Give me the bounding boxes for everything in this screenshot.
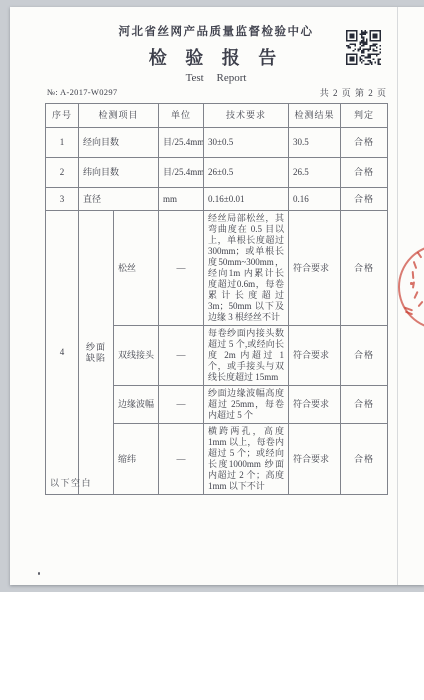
cell-no: 2 bbox=[46, 158, 79, 188]
cell-judgment: 合格 bbox=[341, 386, 388, 424]
cell-unit: — bbox=[159, 424, 204, 495]
scanned-test-report: { "page": { "org_name": "河北省丝网产品质量监督检验中心… bbox=[0, 0, 424, 700]
report-title-en: Test Report bbox=[45, 72, 387, 84]
cell-unit: mm bbox=[159, 188, 204, 211]
cell-result: 0.16 bbox=[289, 188, 341, 211]
header-no: 序号 bbox=[46, 104, 79, 128]
cell-judgment: 合格 bbox=[341, 188, 388, 211]
inspection-table: 序号 检测项目 单位 技术要求 检测结果 判定 1 经向目数 目/25.4mm … bbox=[45, 103, 388, 495]
cell-subitem: 松丝 bbox=[114, 211, 159, 326]
header-result: 检测结果 bbox=[289, 104, 341, 128]
cell-judgment: 合格 bbox=[341, 128, 388, 158]
qr-code-icon bbox=[346, 30, 381, 65]
table-row-group: 4 纱面缺陷 松丝 — 经丝局部松丝，其弯曲度在 0.5 目以上，单根长度超过3… bbox=[46, 211, 388, 326]
table-header-row: 序号 检测项目 单位 技术要求 检测结果 判定 bbox=[46, 104, 388, 128]
cell-requirement: 30±0.5 bbox=[204, 128, 289, 158]
cell-item: 直径 bbox=[79, 188, 159, 211]
cell-unit: 目/25.4mm bbox=[159, 128, 204, 158]
cell-judgment: 合格 bbox=[341, 158, 388, 188]
cell-judgment: 合格 bbox=[341, 424, 388, 495]
cell-result: 符合要求 bbox=[289, 211, 341, 326]
header-judgment: 判定 bbox=[341, 104, 388, 128]
cell-group-item: 纱面缺陷 bbox=[79, 211, 114, 495]
page-edge-line bbox=[397, 7, 398, 585]
cell-unit: — bbox=[159, 386, 204, 424]
table-row: 2 纬向目数 目/25.4mm 26±0.5 26.5 合格 bbox=[46, 158, 388, 188]
cell-no: 3 bbox=[46, 188, 79, 211]
cell-result: 符合要求 bbox=[289, 326, 341, 386]
page-indicator: 共 2 页 第 2 页 bbox=[230, 86, 387, 99]
header-unit: 单位 bbox=[159, 104, 204, 128]
cell-no: 4 bbox=[46, 211, 79, 495]
cell-result: 符合要求 bbox=[289, 424, 341, 495]
cell-result: 符合要求 bbox=[289, 386, 341, 424]
table-row: 1 经向目数 目/25.4mm 30±0.5 30.5 合格 bbox=[46, 128, 388, 158]
cell-item: 经向目数 bbox=[79, 128, 159, 158]
cell-requirement: 经丝局部松丝，其弯曲度在 0.5 目以上，单根长度超过300mm；或单根长度50… bbox=[204, 211, 289, 326]
cell-judgment: 合格 bbox=[341, 326, 388, 386]
cell-result: 26.5 bbox=[289, 158, 341, 188]
cell-subitem: 双线接头 bbox=[114, 326, 159, 386]
table-row: 3 直径 mm 0.16±0.01 0.16 合格 bbox=[46, 188, 388, 211]
cell-item: 纬向目数 bbox=[79, 158, 159, 188]
header-requirement: 技术要求 bbox=[204, 104, 289, 128]
cell-unit: — bbox=[159, 211, 204, 326]
cell-unit: 目/25.4mm bbox=[159, 158, 204, 188]
cell-requirement: 横跨两孔，高度 1mm 以上，每卷内超过 5 个；或经向长度1000mm 纱面内… bbox=[204, 424, 289, 495]
scan-speck bbox=[38, 572, 40, 575]
report-number: №: A-2017-W0297 bbox=[47, 87, 117, 97]
cell-subitem: 缩纬 bbox=[114, 424, 159, 495]
cell-requirement: 0.16±0.01 bbox=[204, 188, 289, 211]
cell-judgment: 合格 bbox=[341, 211, 388, 326]
org-name: 河北省丝网产品质量监督检验中心 bbox=[45, 23, 387, 39]
cell-requirement: 纱面边缘波幅高度超过 25mm，每卷内超过 5 个 bbox=[204, 386, 289, 424]
header-item: 检测项目 bbox=[79, 104, 159, 128]
cell-requirement: 26±0.5 bbox=[204, 158, 289, 188]
cell-subitem: 边缘波幅 bbox=[114, 386, 159, 424]
cell-requirement: 每卷纱面内接头数超过 5 个,或经向长度 2m 内超过 1 个，或手接头与双线长… bbox=[204, 326, 289, 386]
cell-unit: — bbox=[159, 326, 204, 386]
cell-no: 1 bbox=[46, 128, 79, 158]
blank-below-note: 以下空白 bbox=[50, 476, 92, 489]
report-title-cn: 检 验 报 告 bbox=[45, 44, 387, 70]
cell-result: 30.5 bbox=[289, 128, 341, 158]
